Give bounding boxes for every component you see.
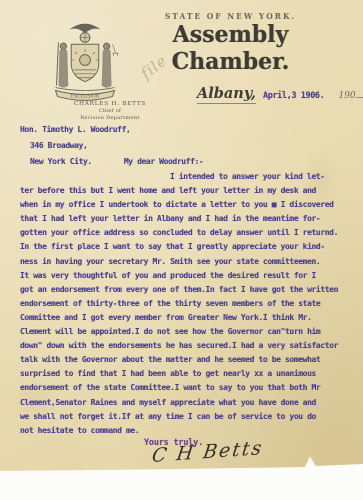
official-block: CHARLES H. BETTS Chief of Revision Depar…	[52, 100, 168, 122]
typed-letter-block: Hon. Timothy L. Woodruff, 346 Broadway, …	[20, 122, 354, 438]
letter-line: that I had left your letter in Albany an…	[20, 212, 354, 226]
official-title-line2: Revision Department	[52, 115, 168, 122]
ny-state-seal-icon: EXCELSIOR	[26, 20, 144, 104]
letter-line: Clement,Senator Raines and myself apprec…	[20, 396, 354, 410]
letter-line: down" down with the endorsements he has …	[20, 339, 354, 353]
letter-line: talk with the Governor about the matter …	[20, 353, 354, 367]
seal-motto: EXCELSIOR	[71, 93, 100, 99]
letter-line: Clement will be appointed.I do not see h…	[20, 325, 354, 339]
letter-line: ness in having your secretary Mr. Smith …	[20, 255, 354, 269]
dateline: Albany, April,3 1906. 190	[197, 83, 363, 102]
letter-line: gotten your office address so concluded …	[20, 226, 354, 240]
letter-line: ter before this but I went home and left…	[20, 184, 354, 198]
recipient-name: Hon. Timothy L. Woodruff,	[20, 122, 354, 138]
letter-line: got an endorsement from every one of the…	[20, 283, 354, 297]
recipient-city-salutation-row: New York City. My dear Woodruff:-	[20, 154, 354, 170]
dateline-place: Albany,	[197, 85, 256, 104]
recipient-street: 346 Broadway,	[20, 138, 354, 154]
official-title-line1: Chief of	[52, 108, 168, 115]
letter-line: surprised to find that I had been able t…	[20, 367, 354, 381]
state-of-new-york-line: STATE OF NEW YORK.	[128, 12, 333, 22]
letter-line: we shall not forget it.If at any time I …	[20, 410, 354, 424]
letter-line: endorsement of thirty-three of the thirt…	[20, 297, 354, 311]
recipient-city: New York City.	[30, 154, 92, 170]
salutation: My dear Woodruff:-	[124, 154, 204, 170]
letter-line: It was very thoughtful of you and produc…	[20, 269, 354, 283]
letter-body: I intended to answer your kind let-ter b…	[20, 170, 354, 438]
letter-line: endorsement of the state Committee.I wan…	[20, 381, 354, 395]
letter-line: Committee and I got every member from Gr…	[20, 311, 354, 325]
official-name: CHARLES H. BETTS	[52, 100, 168, 108]
letter-line: when in my office I undertook to dictate…	[20, 198, 354, 212]
dateline-typed-date: April,3 1906.	[263, 91, 324, 101]
letter-line: not hesitate to command me.	[20, 424, 354, 438]
letter-line: In the first place I want to say that I …	[20, 240, 354, 254]
letter-line: I intended to answer your kind let-	[20, 170, 354, 184]
dateline-blank-rule	[356, 97, 363, 98]
dateline-year-stub: 190	[338, 91, 355, 101]
letter-paper: EXCELSIOR CHARLES H. BETTS Chief of Revi…	[0, 0, 363, 500]
